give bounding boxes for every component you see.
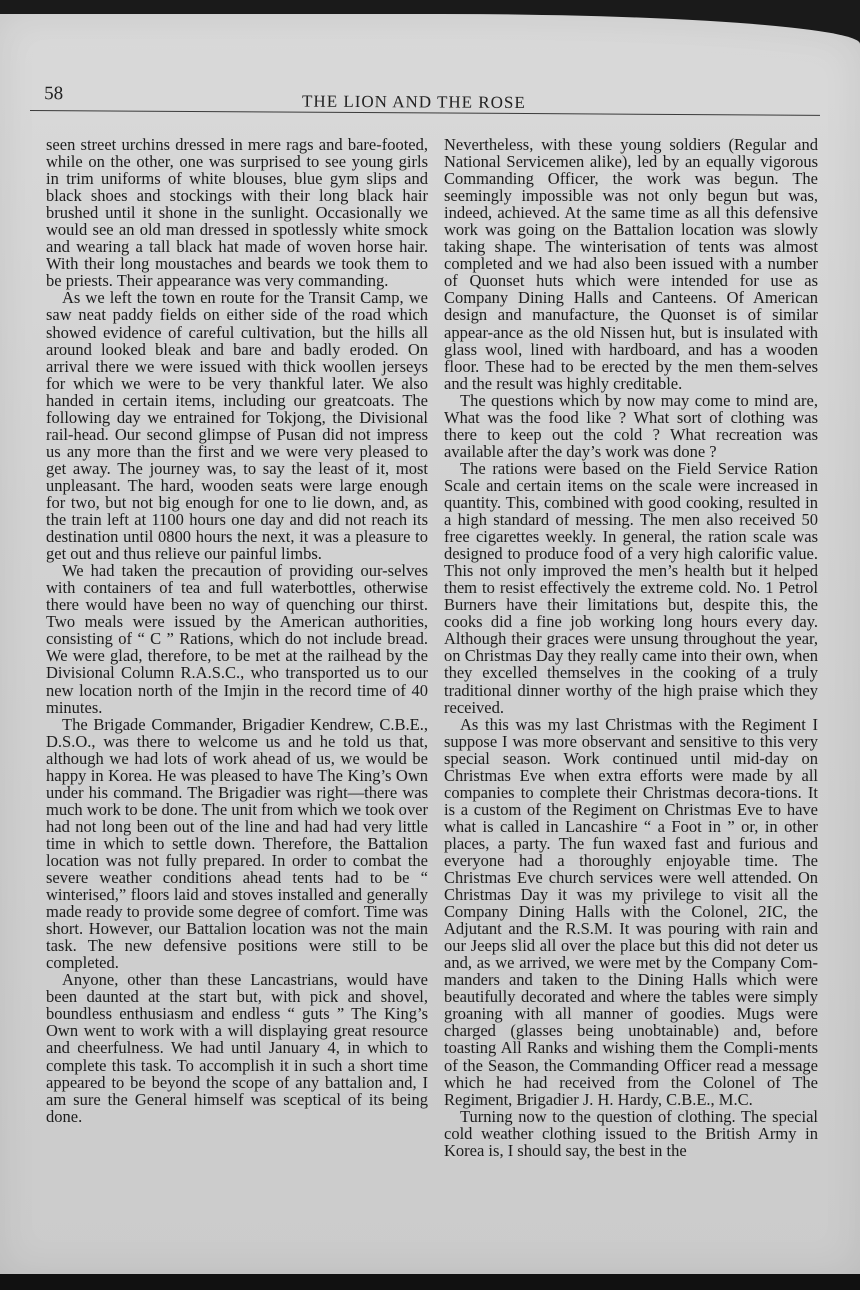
paragraph: Nevertheless, with these young soldiers … [444,136,818,392]
page-header: 58 THE LION AND THE ROSE [30,70,820,116]
paragraph: Anyone, other than these Lancastrians, w… [46,971,428,1124]
running-title: THE LION AND THE ROSE [302,92,526,113]
page-bottom-shadow [0,1274,860,1290]
paragraph: We had taken the precaution of providing… [46,562,428,715]
book-page: 58 THE LION AND THE ROSE seen street urc… [0,14,860,1274]
paragraph: seen street urchins dressed in mere rags… [46,136,428,289]
paragraph: Turning now to the question of clothing.… [444,1108,818,1159]
right-column: Nevertheless, with these young soldiers … [444,136,818,1159]
paragraph: The rations were based on the Field Serv… [444,460,818,716]
page-number: 58 [44,83,63,105]
paragraph: The Brigade Commander, Brigadier Kendrew… [46,716,428,972]
paragraph: As we left the town en route for the Tra… [46,289,428,562]
left-column: seen street urchins dressed in mere rags… [46,136,428,1125]
paragraph: The questions which by now may come to m… [444,392,818,460]
paragraph: As this was my last Christmas with the R… [444,716,818,1108]
